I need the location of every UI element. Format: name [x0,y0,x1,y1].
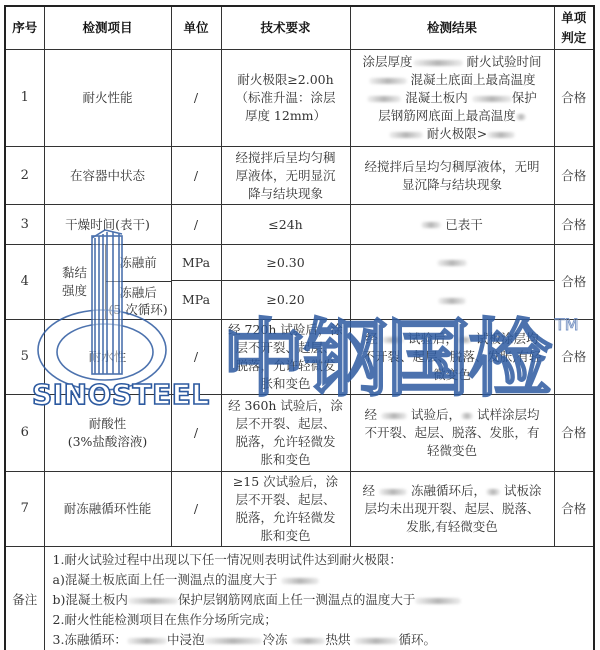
row-number: 2 [5,147,44,205]
redacted-value [369,78,407,84]
row-result [350,281,554,320]
test-results-table: 序号 检测项目 单位 技术要求 检测结果 单项 判定 1 耐火性能 / 耐火极限… [4,5,595,650]
row-requirement: 经搅拌后呈均匀稠 厚液体，无明显沉 降与结块现象 [221,147,350,205]
redacted-value [413,60,463,66]
row-requirement: 经 720h 试验后，涂 层不开裂、起层、 脱落，允许轻微发 胀和变色 [221,320,350,395]
redacted-value [382,337,404,343]
redacted-value [389,132,423,138]
row-unit: / [171,472,221,547]
row-requirement: ≥0.20 [221,281,350,320]
row-number: 5 [5,320,44,395]
redacted-value [437,260,467,266]
row-unit: / [171,147,221,205]
row-number: 7 [5,472,44,547]
row-number: 4 [5,245,44,320]
row-verdict: 合格 [554,245,594,320]
notes-label: 备注 [5,547,44,650]
row-unit: / [171,395,221,472]
row-result: 经 试验后， 试板涂层均 不开裂、起层、脱落、发胀,有轻 微变色 [350,320,554,395]
redacted-value [487,132,515,138]
row-verdict: 合格 [554,395,594,472]
row-verdict: 合格 [554,205,594,245]
header-result: 检测结果 [350,6,554,50]
row-number: 3 [5,205,44,245]
row-item: 干燥时间(表干) [44,205,171,245]
row-requirement: ≤24h [221,205,350,245]
row-result: 经 冻融循环后， 试板涂 层均未出现开裂、起层、脱落、 发胀,有轻微变色 [350,472,554,547]
redacted-value [486,489,500,495]
redacted-value [472,96,512,102]
row-requirement: ≥0.30 [221,245,350,281]
header-seq: 序号 [5,6,44,50]
redacted-value [458,337,472,343]
row-number: 1 [5,50,44,147]
redacted-value [367,96,401,102]
row-result: 经 试验后， 试样涂层均 不开裂、起层、脱落、发胀，有 轻微变色 [350,395,554,472]
notes-content: 1.耐火试验过程中出现以下任一情况则表明试件达到耐火极限： a)混凝土板底面上任… [44,547,594,650]
redacted-value [461,413,473,419]
header-item: 检测项目 [44,6,171,50]
table-row: 4 黏结 强度 冻融前 冻融后 (5 次循环) MPa [5,245,594,281]
note-line: 2.耐火性能检测项目在焦作分场所完成； [53,610,586,630]
row-requirement: ≥15 次试验后，涂 层不开裂、起层、 脱落，允许轻微发 胀和变色 [221,472,350,547]
row-unit: / [171,320,221,395]
row-result: 涂层厚度 耐火试验时间 混凝土底面上最高温度 混凝土板内 层钢筋网底面上最高温度… [350,50,554,147]
subcondition-after: 冻融后 (5 次循环) [106,282,171,319]
row-verdict: 合格 [554,320,594,395]
row-item: 在容器中状态 [44,147,171,205]
row-unit: MPa [171,281,221,320]
note-line: a)混凝土板底面上任一测温点的温度大于 [53,570,586,590]
bond-strength-label: 黏结 强度 [45,245,106,319]
row-result: 经搅拌后呈均匀稠厚液体，无明 显沉降与结块现象 [350,147,554,205]
table-header-row: 序号 检测项目 单位 技术要求 检测结果 单项 判定 [5,6,594,50]
row-item: 黏结 强度 冻融前 冻融后 (5 次循环) [44,245,171,320]
row-unit: / [171,205,221,245]
note-line: 3.冻融循环：中浸泡冷冻 热烘 循环。 [53,630,586,650]
redacted-value [438,298,466,304]
row-requirement: 耐火极限≥2.00h （标准升温：涂层 厚度 12mm） [221,50,350,147]
header-requirement: 技术要求 [221,6,350,50]
row-unit: MPa [171,245,221,281]
row-item: 耐水性 [44,320,171,395]
table-row: 2 在容器中状态 / 经搅拌后呈均匀稠 厚液体，无明显沉 降与结块现象 经搅拌后… [5,147,594,205]
table-row: 5 耐水性 / 经 720h 试验后，涂 层不开裂、起层、 脱落，允许轻微发 胀… [5,320,594,395]
row-verdict: 合格 [554,147,594,205]
row-requirement: 经 360h 试验后，涂 层不开裂、起层、 脱落，允许轻微发 胀和变色 [221,395,350,472]
notes-row: 备注 1.耐火试验过程中出现以下任一情况则表明试件达到耐火极限： a)混凝土板底… [5,547,594,650]
subcondition-before: 冻融前 [106,245,171,282]
row-result: 已表干 [350,205,554,245]
row-verdict: 合格 [554,472,594,547]
row-number: 6 [5,395,44,472]
table-row: 1 耐火性能 / 耐火极限≥2.00h （标准升温：涂层 厚度 12mm） 涂层… [5,50,594,147]
table-row: 6 耐酸性 (3%盐酸溶液) / 经 360h 试验后，涂 层不开裂、起层、 脱… [5,395,594,472]
row-item: 耐冻融循环性能 [44,472,171,547]
redacted-value [516,114,526,120]
row-item: 耐酸性 (3%盐酸溶液) [44,395,171,472]
note-line: b)混凝土板内保护层钢筋网底面上任一测温点的温度大于 [53,590,586,610]
test-report-document: 序号 检测项目 单位 技术要求 检测结果 单项 判定 1 耐火性能 / 耐火极限… [4,5,593,650]
redacted-value [381,413,407,419]
table-row: 7 耐冻融循环性能 / ≥15 次试验后，涂 层不开裂、起层、 脱落，允许轻微发… [5,472,594,547]
table-row: 3 干燥时间(表干) / ≤24h 已表干 合格 [5,205,594,245]
redacted-value [421,222,441,228]
note-line: 1.耐火试验过程中出现以下任一情况则表明试件达到耐火极限： [53,550,586,570]
row-unit: / [171,50,221,147]
row-result [350,245,554,281]
header-verdict: 单项 判定 [554,6,594,50]
redacted-value [379,489,407,495]
row-verdict: 合格 [554,50,594,147]
row-item: 耐火性能 [44,50,171,147]
header-unit: 单位 [171,6,221,50]
